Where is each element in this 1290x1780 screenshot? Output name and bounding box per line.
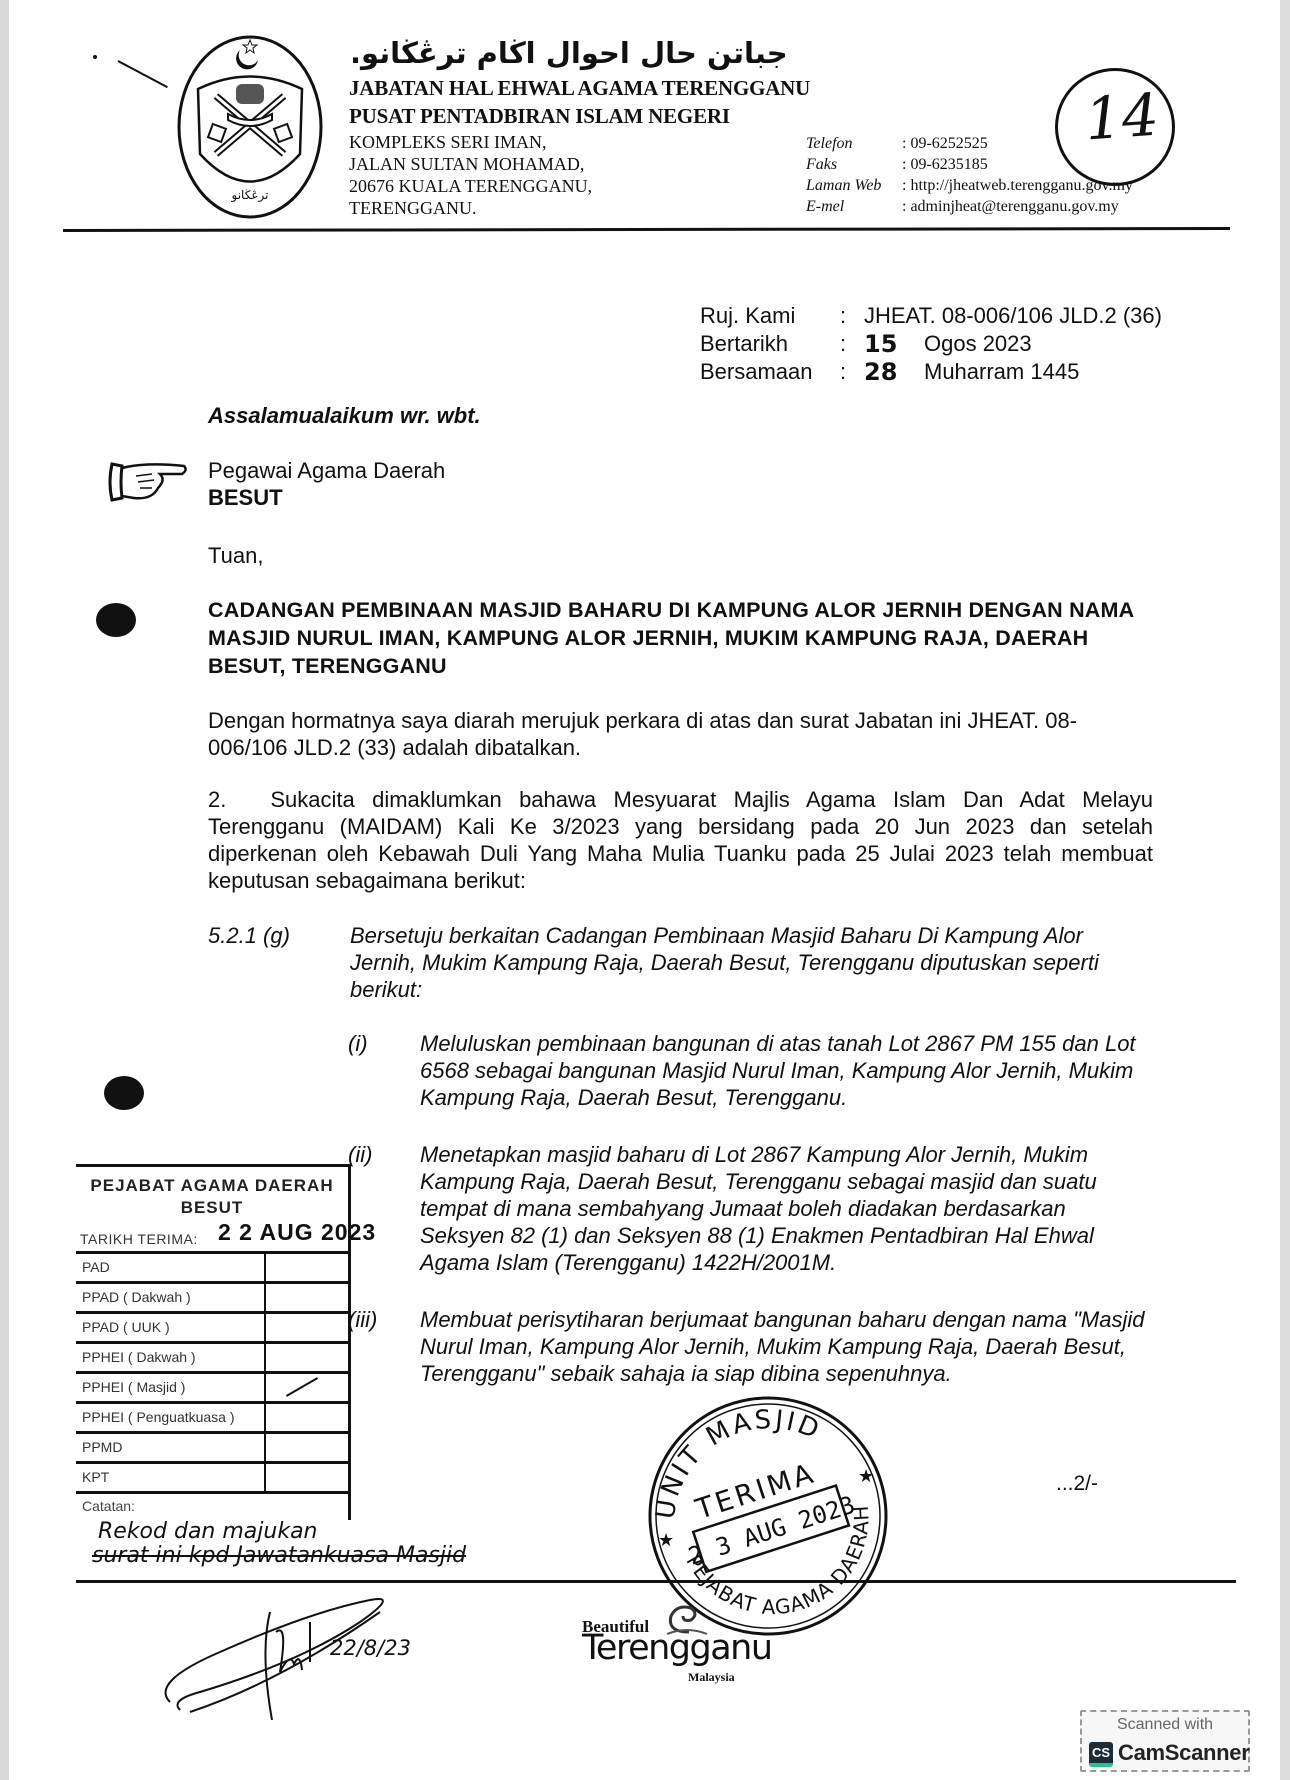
- ref-label: Bersamaan: [700, 358, 840, 386]
- routing-check: [266, 1374, 348, 1401]
- decision-item-number: (iii): [348, 1306, 377, 1333]
- signature-date: 22/8/23: [330, 1636, 411, 1660]
- org-subtitle: PUSAT PENTADBIRAN ISLAM NEGERI: [349, 104, 730, 129]
- ref-value: JHEAT. 08-006/106 JLD.2 (36): [864, 302, 1162, 330]
- org-name-jawi: جباتن حال احوال اڬام ترڠڬانو.: [350, 36, 788, 70]
- camscanner-watermark: Scanned with CS CamScanner: [1080, 1710, 1250, 1772]
- routing-row: KPT: [76, 1461, 348, 1491]
- contact-email: E-mel: adminjheat@terengganu.gov.my: [806, 196, 1133, 217]
- routing-label: PPAD ( Dakwah ): [76, 1284, 266, 1311]
- watermark-caption: Scanned with: [1082, 1716, 1248, 1734]
- address-line: 20676 KUALA TERENGGANU,: [349, 175, 592, 197]
- stamp-district: BESUT: [76, 1197, 348, 1219]
- decision-text: Bersetuju berkaitan Cadangan Pembinaan M…: [350, 922, 1153, 1003]
- notes-line: Rekod dan majukan: [98, 1520, 466, 1544]
- routing-check: [266, 1344, 348, 1371]
- address-line: TERENGGANU.: [349, 197, 592, 219]
- address-line: JALAN SULTAN MOHAMAD,: [349, 153, 592, 175]
- routing-row: PAD: [76, 1251, 348, 1281]
- routing-label: PPHEI ( Masjid ): [76, 1374, 266, 1401]
- punch-hole: [96, 603, 136, 637]
- routing-label: PPHEI ( Dakwah ): [76, 1344, 266, 1371]
- footer-divider: [76, 1580, 1236, 1583]
- received-date-value: 2 2 AUG 2023: [218, 1219, 376, 1246]
- routing-row: PPMD: [76, 1431, 348, 1461]
- routing-check: [266, 1434, 348, 1461]
- routing-row: PPHEI ( Masjid ): [76, 1371, 348, 1401]
- routing-check: [266, 1464, 348, 1491]
- routing-check: [266, 1254, 348, 1281]
- ref-row: Bersamaan : 28 Muharram 1445: [700, 358, 1162, 386]
- reference-block: Ruj. Kami : JHEAT. 08-006/106 JLD.2 (36)…: [700, 302, 1162, 386]
- contact-label: E-mel: [806, 196, 902, 217]
- contact-label: Telefon: [806, 133, 902, 154]
- routing-check: [266, 1404, 348, 1431]
- header-divider: [63, 227, 1230, 232]
- check-mark-icon: [286, 1377, 318, 1397]
- paragraph-2: 2. Sukacita dimaklumkan bahawa Mesyuarat…: [208, 786, 1153, 894]
- decision-item-number: (i): [348, 1030, 368, 1057]
- ref-colon: :: [840, 330, 864, 358]
- contact-value[interactable]: : adminjheat@terengganu.gov.my: [902, 196, 1119, 217]
- camscanner-logo-icon: CS: [1089, 1742, 1113, 1767]
- greeting: Assalamualaikum wr. wbt.: [208, 402, 481, 429]
- contact-web: Laman Web: http://jheatweb.terengganu.go…: [806, 175, 1133, 196]
- recipient-title: Pegawai Agama Daerah: [208, 457, 445, 484]
- salutation: Tuan,: [208, 542, 263, 569]
- stamp-office: PEJABAT AGAMA DAERAH: [76, 1175, 348, 1197]
- notes-label: Catatan:: [76, 1491, 348, 1520]
- decision-item-text: Membuat perisytiharan berjumaat bangunan…: [420, 1306, 1155, 1387]
- watermark-brand: CamScanner: [1118, 1740, 1250, 1766]
- received-stamp: PEJABAT AGAMA DAERAH BESUT TARIKH TERIMA…: [76, 1164, 351, 1520]
- paragraph-1: Dengan hormatnya saya diarah merujuk per…: [208, 707, 1153, 761]
- ref-handwritten-day: 28: [864, 358, 924, 386]
- ref-handwritten-day: 15: [864, 330, 924, 358]
- routing-row: PPHEI ( Dakwah ): [76, 1341, 348, 1371]
- notes-line: surat ini kpd Jawatankuasa Masjid: [92, 1544, 466, 1568]
- contact-value: : 09-6235185: [902, 154, 988, 175]
- ref-colon: :: [840, 302, 864, 330]
- pointing-hand-icon: [106, 458, 190, 506]
- org-name: JABATAN HAL EHWAL AGAMA TERENGGANU: [349, 76, 810, 101]
- routing-label: KPT: [76, 1464, 266, 1491]
- recipient: Pegawai Agama Daerah BESUT: [208, 457, 445, 511]
- decision-item-text: Menetapkan masjid baharu di Lot 2867 Kam…: [420, 1141, 1155, 1276]
- brand-malaysia: Malaysia: [688, 1670, 735, 1685]
- routing-check: [266, 1314, 348, 1341]
- ref-value: Muharram 1445: [924, 358, 1079, 386]
- svg-text:★: ★: [658, 1530, 674, 1550]
- continuation-marker: ...2/-: [1056, 1472, 1098, 1496]
- routing-row: PPHEI ( Penguatkuasa ): [76, 1401, 348, 1431]
- scan-stroke: [118, 60, 168, 88]
- scan-edge-left: [0, 0, 9, 1780]
- recipient-district: BESUT: [208, 484, 445, 511]
- letter-subject: CADANGAN PEMBINAAN MASJID BAHARU DI KAMP…: [208, 596, 1153, 680]
- routing-label: PPAD ( UUK ): [76, 1314, 266, 1341]
- decision-item-number: (ii): [348, 1141, 372, 1168]
- routing-check: [266, 1284, 348, 1311]
- org-address: KOMPLEKS SERI IMAN, JALAN SULTAN MOHAMAD…: [349, 131, 592, 219]
- page-mark-number: 14: [1083, 81, 1161, 154]
- received-date-label: TARIKH TERIMA:: [80, 1231, 198, 1247]
- ref-row: Ruj. Kami : JHEAT. 08-006/106 JLD.2 (36): [700, 302, 1162, 330]
- decision-number: 5.2.1 (g): [208, 922, 290, 949]
- scan-speck: [93, 55, 97, 59]
- svg-text:★: ★: [858, 1466, 874, 1486]
- ref-value: Ogos 2023: [924, 330, 1032, 358]
- punch-hole: [104, 1076, 144, 1110]
- received-date-line: TARIKH TERIMA: 2 2 AUG 2023: [76, 1219, 348, 1251]
- contact-value: : 09-6252525: [902, 133, 988, 154]
- routing-label: PAD: [76, 1254, 266, 1281]
- svg-text:ترڠڬانو: ترڠڬانو: [231, 188, 269, 203]
- ref-label: Bertarikh: [700, 330, 840, 358]
- received-stamp-title: PEJABAT AGAMA DAERAH BESUT: [76, 1167, 348, 1219]
- routing-row: PPAD ( UUK ): [76, 1311, 348, 1341]
- brand-terengganu: Terengganu: [582, 1628, 772, 1668]
- ref-colon: :: [840, 358, 864, 386]
- contact-label: Laman Web: [806, 175, 902, 196]
- decision-item-text: Meluluskan pembinaan bangunan di atas ta…: [420, 1030, 1155, 1111]
- routing-label: PPHEI ( Penguatkuasa ): [76, 1404, 266, 1431]
- address-line: KOMPLEKS SERI IMAN,: [349, 131, 592, 153]
- ref-row: Bertarikh : 15 Ogos 2023: [700, 330, 1162, 358]
- ref-label: Ruj. Kami: [700, 302, 840, 330]
- handwritten-notes: Rekod dan majukan surat ini kpd Jawatank…: [98, 1520, 466, 1568]
- routing-row: PPAD ( Dakwah ): [76, 1281, 348, 1311]
- terengganu-crest-icon: ترڠڬانو: [176, 34, 324, 220]
- contact-label: Faks: [806, 154, 902, 175]
- routing-label: PPMD: [76, 1434, 266, 1461]
- scan-edge-right: [1280, 0, 1290, 1780]
